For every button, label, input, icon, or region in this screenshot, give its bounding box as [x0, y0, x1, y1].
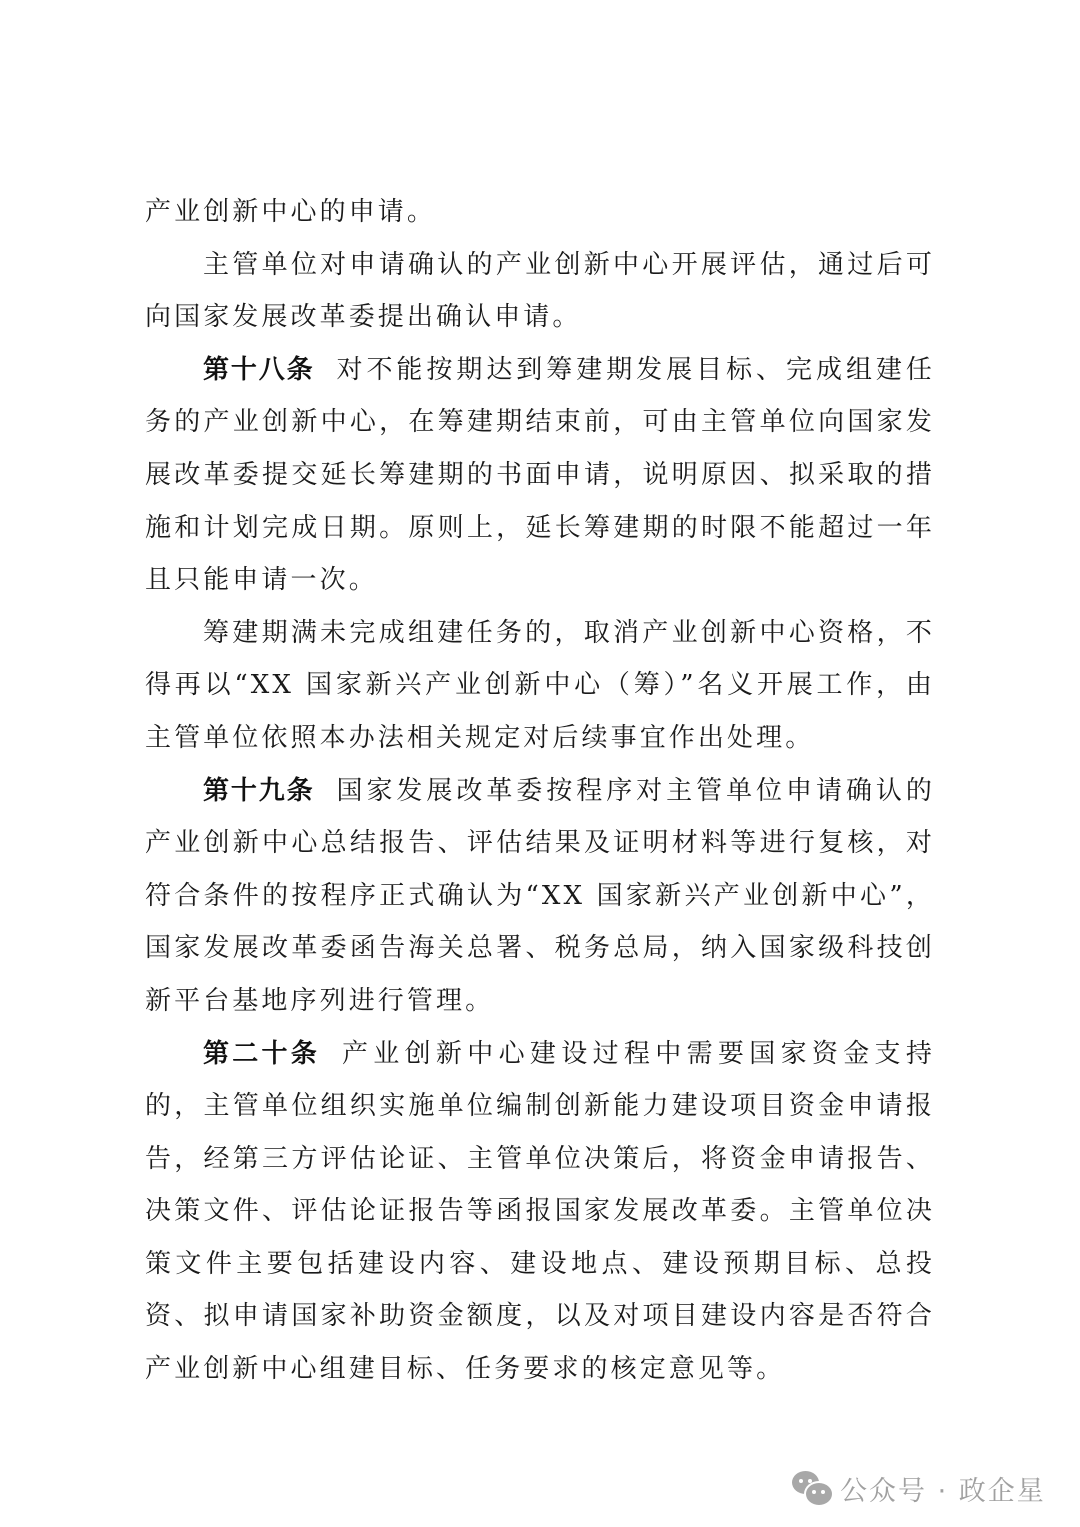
article-number: 第十九条: [203, 776, 314, 806]
article-number: 第十八条: [203, 355, 314, 385]
paragraph-text: 主管单位对申请确认的产业创新中心开展评估，通过后可向国家发展改革委提出确认申请。: [145, 250, 935, 333]
document-page: 产业创新中心的申请。 主管单位对申请确认的产业创新中心开展评估，通过后可向国家发…: [145, 186, 935, 1396]
watermark: 公众号 · 政企星: [792, 1468, 1046, 1508]
article-18: 第十八条对不能按期达到筹建期发展目标、完成组建任务的产业创新中心，在筹建期结束前…: [145, 344, 935, 607]
paragraph-text: 筹建期满未完成组建任务的，取消产业创新中心资格，不得再以“XX 国家新兴产业创新…: [145, 618, 935, 753]
paragraph-text: 产业创新中心的申请。: [145, 197, 436, 227]
article-19: 第十九条国家发展改革委按程序对主管单位申请确认的产业创新中心总结报告、评估结果及…: [145, 765, 935, 1028]
watermark-label: 公众号 · 政企星: [840, 1469, 1046, 1508]
paragraph-2: 主管单位对申请确认的产业创新中心开展评估，通过后可向国家发展改革委提出确认申请。: [145, 239, 935, 344]
paragraph-4: 筹建期满未完成组建任务的，取消产业创新中心资格，不得再以“XX 国家新兴产业创新…: [145, 607, 935, 765]
paragraph-1: 产业创新中心的申请。: [145, 186, 935, 239]
paragraph-text: 对不能按期达到筹建期发展目标、完成组建任务的产业创新中心，在筹建期结束前，可由主…: [145, 355, 935, 595]
article-number: 第二十条: [203, 1039, 320, 1069]
wechat-icon: [792, 1471, 832, 1505]
article-20: 第二十条产业创新中心建设过程中需要国家资金支持的，主管单位组织实施单位编制创新能…: [145, 1028, 935, 1396]
paragraph-text: 国家发展改革委按程序对主管单位申请确认的产业创新中心总结报告、评估结果及证明材料…: [145, 776, 935, 1016]
paragraph-text: 产业创新中心建设过程中需要国家资金支持的，主管单位组织实施单位编制创新能力建设项…: [145, 1039, 935, 1385]
